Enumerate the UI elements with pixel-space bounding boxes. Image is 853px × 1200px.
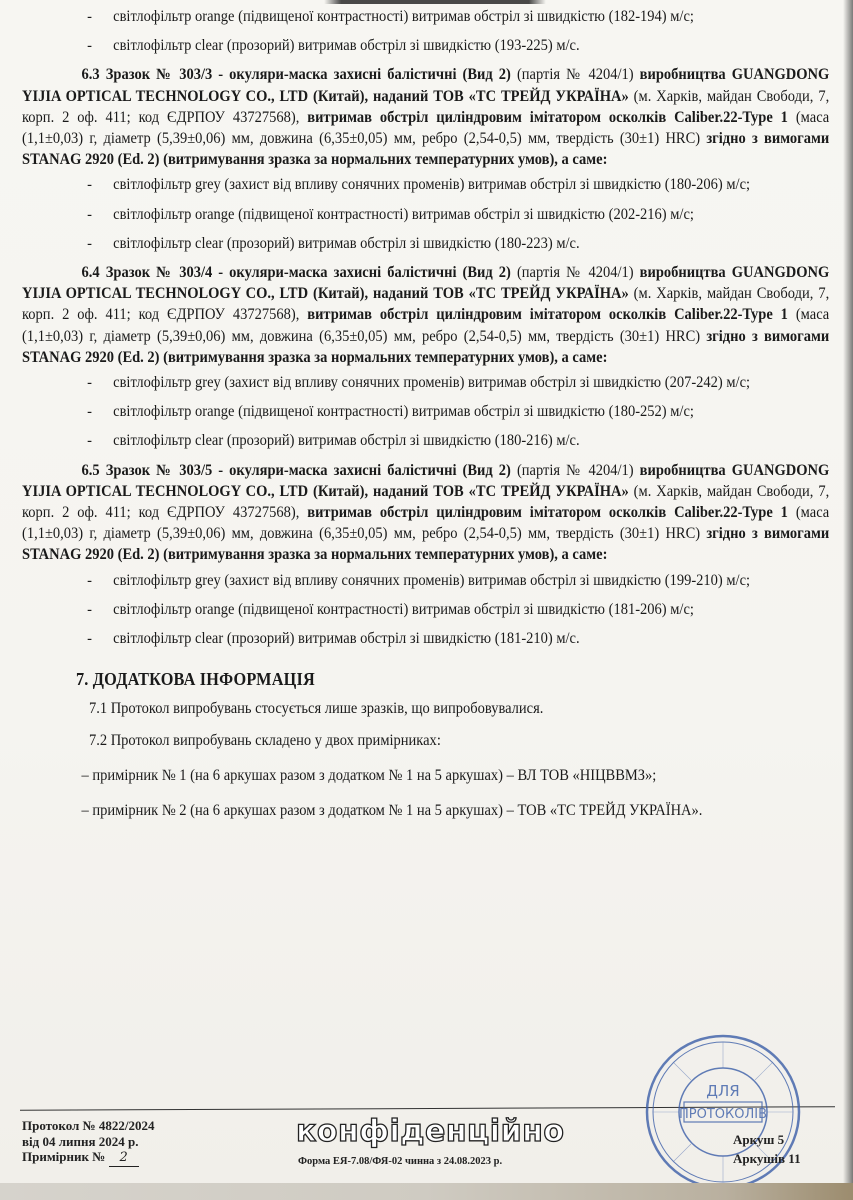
filter-item: -світлофільтр clear (прозорий) витримав … xyxy=(22,35,829,56)
scan-edge xyxy=(843,0,853,1185)
sample-description: 6.5 Зразок № 303/5 - окуляри-маска захис… xyxy=(22,460,829,566)
sample-section-6-5: 6.5 Зразок № 303/5 - окуляри-маска захис… xyxy=(22,460,829,650)
filter-item: -світлофільтр clear (прозорий) витримав … xyxy=(22,233,829,254)
filter-item: -світлофільтр grey (захист від впливу со… xyxy=(22,372,829,393)
svg-text:ДЛЯ: ДЛЯ xyxy=(706,1082,739,1100)
filter-list: -світлофільтр grey (захист від впливу со… xyxy=(22,372,829,452)
document-body: -світлофільтр orange (підвищеної контрас… xyxy=(22,6,829,821)
sheet-counter: Аркуш 5 Аркушів 11 xyxy=(733,1130,801,1168)
filter-list: -світлофільтр grey (захист від впливу со… xyxy=(22,570,829,650)
filter-item: -світлофільтр grey (захист від впливу со… xyxy=(22,570,829,591)
copy-number: Примірник № 2 xyxy=(22,1149,155,1167)
carryover-filter-list: -світлофільтр orange (підвищеної контрас… xyxy=(22,6,829,56)
sample-description: 6.4 Зразок № 303/4 - окуляри-маска захис… xyxy=(22,262,829,368)
filter-item: -світлофільтр clear (прозорий) витримав … xyxy=(22,430,829,451)
footer-protocol-info: Протокол № 4822/2024 від 04 липня 2024 р… xyxy=(22,1118,155,1167)
svg-text:ПРОТОКОЛІВ: ПРОТОКОЛІВ xyxy=(679,1107,767,1122)
section-additional-info: 7. ДОДАТКОВА ІНФОРМАЦІЯ 7.1 Протокол вип… xyxy=(22,669,829,821)
protocol-number: Протокол № 4822/2024 xyxy=(22,1118,155,1134)
copy-item: – примірник № 2 (на 6 аркушах разом з до… xyxy=(22,800,829,821)
sample-section-6-4: 6.4 Зразок № 303/4 - окуляри-маска захис… xyxy=(22,262,829,452)
scan-bottom-edge xyxy=(0,1183,853,1200)
filter-item: -світлофільтр clear (прозорий) витримав … xyxy=(22,628,829,649)
info-item: 7.1 Протокол випробувань стосується лише… xyxy=(89,698,829,719)
section-title: 7. ДОДАТКОВА ІНФОРМАЦІЯ xyxy=(76,669,829,690)
sheet-number: Аркуш 5 xyxy=(733,1130,801,1149)
form-reference: Форма ЕЯ-7.08/ФЯ-02 чинна з 24.08.2023 р… xyxy=(298,1156,502,1167)
filter-item: -світлофільтр orange (підвищеної контрас… xyxy=(22,599,829,620)
confidential-mark: конфіденційно xyxy=(296,1116,564,1148)
handwritten-copy-number: 2 xyxy=(109,1150,139,1167)
copy-item: – примірник № 1 (на 6 аркушах разом з до… xyxy=(22,765,829,786)
filter-item: -світлофільтр orange (підвищеної контрас… xyxy=(22,6,829,27)
filter-item: -світлофільтр orange (підвищеної контрас… xyxy=(22,401,829,422)
filter-item: -світлофільтр orange (підвищеної контрас… xyxy=(22,204,829,225)
document-page: -світлофільтр orange (підвищеної контрас… xyxy=(0,0,853,1185)
info-item: 7.2 Протокол випробувань складено у двох… xyxy=(89,730,829,751)
sample-section-6-3: 6.3 Зразок № 303/3 - окуляри-маска захис… xyxy=(22,64,829,254)
sample-description: 6.3 Зразок № 303/3 - окуляри-маска захис… xyxy=(22,64,829,170)
filter-list: -світлофільтр grey (захист від впливу со… xyxy=(22,174,829,254)
filter-item: -світлофільтр grey (захист від впливу со… xyxy=(22,174,829,195)
sheets-total: Аркушів 11 xyxy=(733,1149,801,1168)
protocol-date: від 04 липня 2024 р. xyxy=(22,1134,155,1150)
scan-shadow xyxy=(0,0,853,4)
